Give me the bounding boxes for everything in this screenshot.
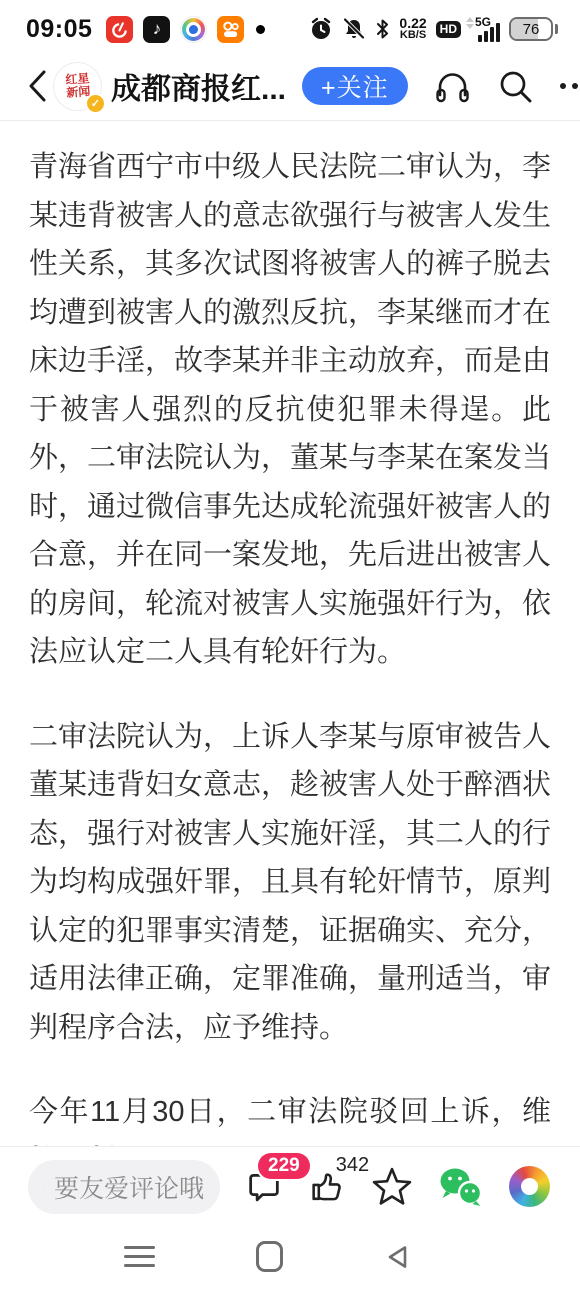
status-bar: 09:05 ♪ 0.22 KB/ — [0, 0, 580, 52]
moments-aperture-icon — [509, 1166, 550, 1207]
kuaishou-icon — [217, 16, 244, 43]
status-bar-left: 09:05 ♪ — [26, 15, 265, 44]
battery-nub — [555, 24, 558, 34]
article-paragraph: 青海省西宁市中级人民法院二审认为，李某违背被害人的意志欲强行与被害人发生性关系，… — [29, 143, 551, 677]
comment-bar-actions: 229 342 — [246, 1166, 550, 1207]
system-back-button[interactable] — [384, 1243, 410, 1271]
alarm-icon — [309, 17, 333, 41]
favorite-button[interactable] — [371, 1167, 413, 1207]
article-paragraph: 二审法院认为，上诉人李某与原审被告人董某违背妇女意志，趁被害人处于醉酒状态，强行… — [29, 713, 551, 1053]
media-app-icon — [180, 16, 207, 43]
share-wechat-button[interactable] — [438, 1166, 483, 1207]
media-app-core — [186, 22, 201, 37]
battery-indicator: 76 — [509, 17, 553, 41]
article-paragraph: 今年11月30日，二审法院驳回上诉，维持原判。 — [29, 1088, 551, 1147]
ellipsis-icon — [560, 83, 580, 89]
nav-bar: 红星新闻 ✓ 成都商报红... +关注 — [0, 52, 580, 121]
wechat-icon — [438, 1166, 483, 1207]
follow-button[interactable]: +关注 — [302, 67, 408, 105]
search-button[interactable] — [497, 68, 534, 105]
notification-dot — [256, 25, 265, 34]
share-moments-button[interactable] — [509, 1166, 550, 1207]
comment-count-badge: 229 — [258, 1153, 310, 1179]
douyin-icon: ♪ — [143, 16, 170, 43]
like-button[interactable]: 342 — [308, 1168, 345, 1205]
network-speed-unit: KB/S — [400, 29, 426, 41]
article-body: 青海省西宁市中级人民法院二审认为，李某违背被害人的意志欲强行与被害人发生性关系，… — [0, 121, 580, 1147]
data-arrows-icon — [466, 17, 474, 29]
bluetooth-icon — [375, 18, 390, 40]
more-options-button[interactable] — [560, 83, 580, 89]
channel-avatar-logo-text: 红星新闻 — [62, 72, 94, 100]
comments-button[interactable]: 229 — [246, 1169, 282, 1205]
network-speed-value: 0.22 — [399, 17, 426, 29]
back-triangle-icon — [384, 1243, 410, 1271]
media-app-ring — [182, 18, 205, 41]
comment-input[interactable]: 要友爱评论哦 — [28, 1160, 220, 1214]
like-count: 342 — [336, 1154, 369, 1177]
back-button[interactable] — [26, 68, 48, 104]
home-button[interactable] — [256, 1241, 283, 1272]
netease-music-icon — [106, 16, 133, 43]
home-square-icon — [256, 1241, 283, 1272]
system-nav-bar — [0, 1226, 580, 1293]
menu-icon — [124, 1246, 155, 1267]
network-speed: 0.22 KB/S — [399, 17, 426, 41]
comment-bar: 要友爱评论哦 229 342 — [0, 1146, 580, 1226]
recent-apps-button[interactable] — [124, 1246, 155, 1267]
pencil-icon — [44, 1176, 45, 1198]
hd-badge: HD — [436, 21, 461, 38]
channel-name[interactable]: 成都商报红... — [111, 64, 286, 108]
star-icon — [371, 1167, 413, 1207]
clock-time: 09:05 — [26, 15, 92, 44]
comment-placeholder: 要友爱评论哦 — [54, 1169, 204, 1205]
signal-indicator: 5G — [470, 16, 500, 43]
verified-badge-icon: ✓ — [87, 95, 104, 112]
listen-audio-button[interactable] — [434, 69, 471, 104]
media-app-dot — [189, 25, 198, 34]
phone-screen: 09:05 ♪ 0.22 KB/ — [0, 0, 580, 1293]
status-bar-right: 0.22 KB/S HD 5G 76 — [309, 16, 558, 43]
signal-bars-icon — [478, 23, 500, 42]
battery-percent: 76 — [523, 21, 540, 38]
mute-bell-icon — [342, 17, 366, 41]
channel-avatar[interactable]: 红星新闻 ✓ — [54, 63, 101, 110]
